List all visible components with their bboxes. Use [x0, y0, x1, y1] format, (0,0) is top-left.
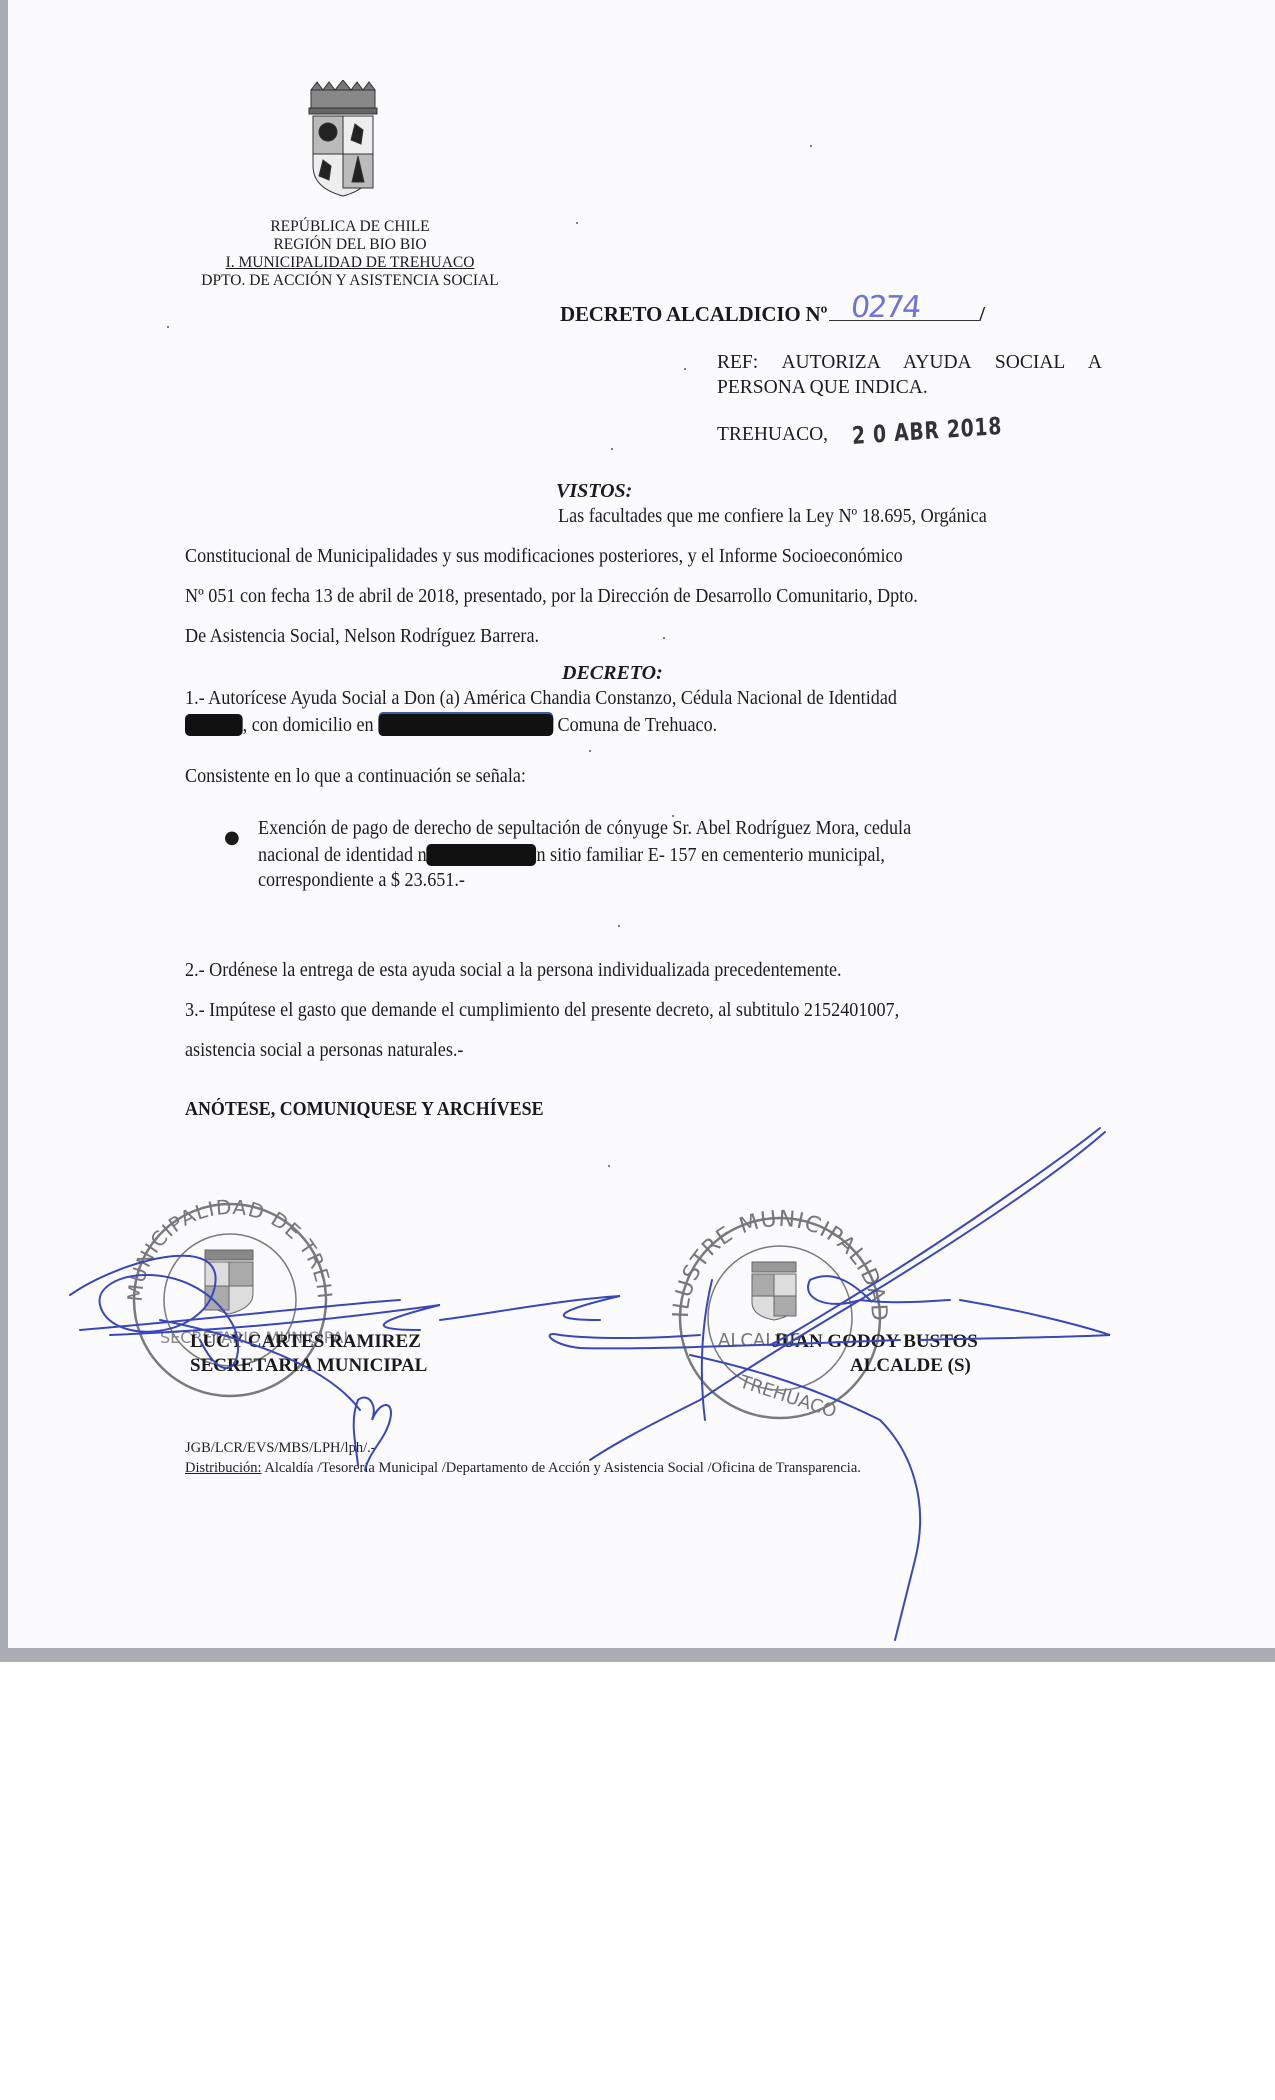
- distribution-text: Alcaldía /Tesorería Municipal /Departame…: [262, 1460, 861, 1476]
- secretary-block: LUCY CARTES RAMIREZ SECRETARIA MUNICIPAL: [190, 1330, 427, 1378]
- decreto-item-1-line-1: 1.- Autorícese Ayuda Social a Don (a) Am…: [185, 688, 897, 710]
- institution-header: REPÚBLICA DE CHILE REGIÓN DEL BIO BIO I.…: [180, 218, 520, 290]
- decreto-item-2: 2.- Ordénese la entrega de esta ayuda so…: [185, 960, 842, 982]
- decreto-item-3-line-1: 3.- Impútese el gasto que demande el cum…: [185, 1000, 899, 1022]
- decree-number-suffix: /: [979, 302, 985, 326]
- decreto-heading: DECRETO:: [562, 662, 663, 685]
- bullet-line-2: nacional de identidad nn sitio familiar …: [258, 844, 885, 867]
- vistos-heading: VISTOS:: [556, 480, 632, 503]
- place-label: TREHUACO,: [717, 424, 828, 446]
- region-line: REGIÓN DEL BIO BIO: [180, 236, 520, 254]
- redaction-id-number: [185, 714, 243, 736]
- bullet-line-1: Exención de pago de derecho de sepultaci…: [258, 818, 911, 840]
- country-line: REPÚBLICA DE CHILE: [180, 218, 520, 236]
- secretary-name: LUCY CARTES RAMIREZ: [190, 1330, 427, 1354]
- consistente-text: Consistente en lo que a continuación se …: [185, 766, 526, 788]
- decree-number-handwritten: 0274: [849, 290, 921, 325]
- vistos-line-4: De Asistencia Social, Nelson Rodríguez B…: [185, 626, 539, 648]
- redaction-spouse-id: [427, 844, 537, 866]
- responsibility-initials: JGB/LCR/EVS/MBS/LPH/lph/.-: [185, 1440, 376, 1457]
- municipality-line: I. MUNICIPALIDAD DE TREHUACO: [180, 254, 520, 272]
- reference-text: REF: AUTORIZA AYUDA SOCIAL A PERSONA QUE…: [717, 350, 1102, 400]
- mayor-role: ALCALDE (S): [850, 1354, 971, 1378]
- distribution-label: Distribución:: [185, 1460, 262, 1476]
- distribution-line: Distribución: Alcaldía /Tesorería Munici…: [185, 1460, 861, 1477]
- secretary-role: SECRETARIA MUNICIPAL: [190, 1354, 427, 1378]
- bullet-icon: ●: [224, 827, 240, 848]
- domicile-label: , con domicilio en: [243, 715, 374, 736]
- vistos-line-2: Constitucional de Municipalidades y sus …: [185, 546, 903, 568]
- vistos-line-1: Las facultades que me confiere la Ley Nº…: [558, 506, 987, 528]
- department-line: DPTO. DE ACCIÓN Y ASISTENCIA SOCIAL: [180, 272, 520, 290]
- decree-title: DECRETO ALCALDICIO Nº0274/: [560, 302, 985, 327]
- decreto-item-3-line-2: asistencia social a personas naturales.-: [185, 1040, 463, 1062]
- mayor-name: JUAN GODOY BUSTOS: [772, 1330, 978, 1354]
- bullet-site-text: n sitio familiar E- 157 en cementerio mu…: [536, 845, 884, 866]
- commune-text: Comuna de Trehuaco.: [558, 715, 718, 736]
- decree-number-field: 0274: [829, 302, 979, 321]
- decreto-item-1-line-2: , con domicilio en Comuna de Trehuaco.: [185, 714, 717, 737]
- bullet-id-label: nacional de identidad n: [258, 845, 427, 866]
- coat-of-arms-icon: [303, 80, 383, 200]
- redaction-address: [378, 714, 553, 736]
- closing-formula: ANÓTESE, COMUNIQUESE Y ARCHÍVESE: [185, 1099, 544, 1121]
- vistos-line-3: Nº 051 con fecha 13 de abril de 2018, pr…: [185, 586, 918, 608]
- bullet-line-3: correspondiente a $ 23.651.-: [258, 870, 465, 892]
- decree-title-label: DECRETO ALCALDICIO Nº: [560, 302, 827, 326]
